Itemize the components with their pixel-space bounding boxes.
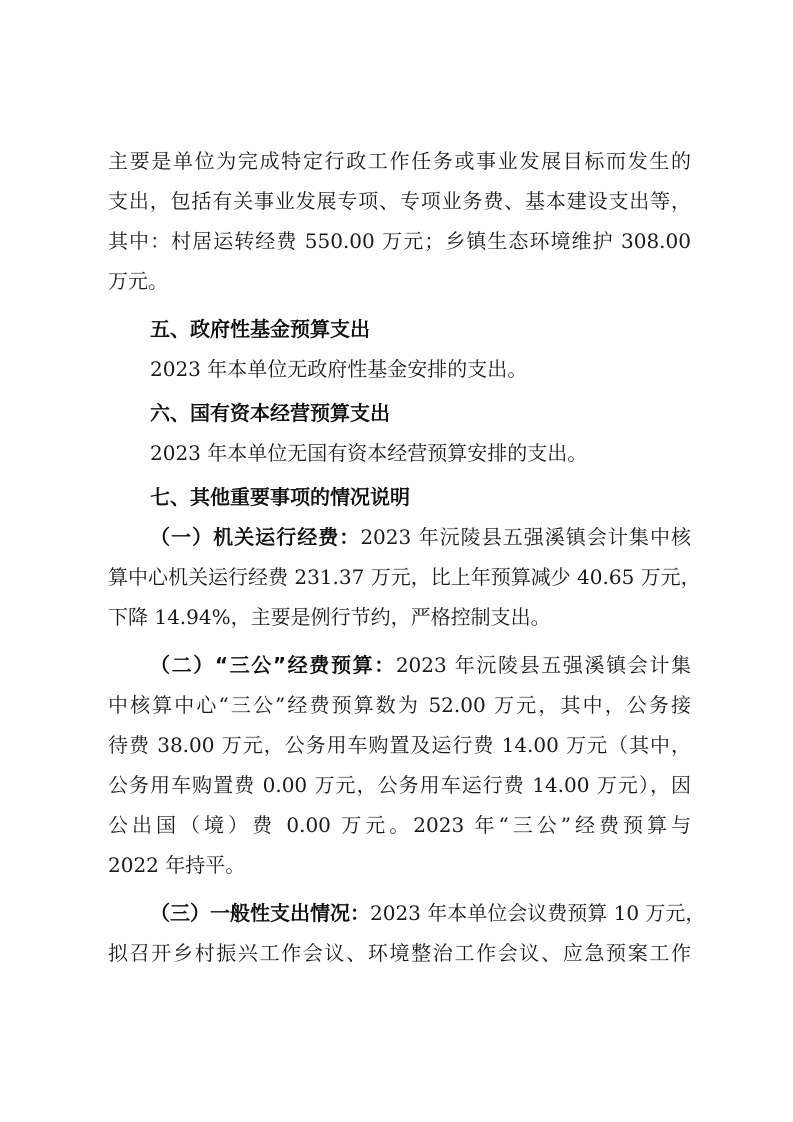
section-heading-other-matters: 七、其他重要事项的情况说明 xyxy=(150,482,691,512)
document-page: 主要是单位为完成特定行政工作任务或事业发展目标而发生的 支出，包括有关事业发展专… xyxy=(0,0,793,1122)
paragraph-line: 支出，包括有关事业发展专项、专项业务费、基本建设支出等， xyxy=(108,186,691,216)
item-text: 2023 年本单位会议费预算 10 万元， xyxy=(370,901,705,925)
item-text: 2023 年沅陵县五强溪镇会计集中核 xyxy=(360,525,691,549)
paragraph-line: 主要是单位为完成特定行政工作任务或事业发展目标而发生的 xyxy=(108,146,691,176)
paragraph-line: 万元。 xyxy=(108,266,691,296)
item-lead-general-expense: （三）一般性支出情况： xyxy=(150,901,370,925)
paragraph-line: 下降 14.94%，主要是例行节约，严格控制支出。 xyxy=(108,602,691,632)
section-body-state-capital: 2023 年本单位无国有资本经营预算安排的支出。 xyxy=(150,438,691,468)
paragraph-line: 其中：村居运转经费 550.00 万元；乡镇生态环境维护 308.00 xyxy=(108,226,691,256)
item-text: 2023 年沅陵县五强溪镇会计集 xyxy=(396,653,691,677)
item-general-expense-first-line: （三）一般性支出情况：2023 年本单位会议费预算 10 万元， xyxy=(150,898,691,928)
paragraph-line: 公务用车购置费 0.00 万元，公务用车运行费 14.00 万元），因 xyxy=(108,770,691,800)
item-lead-office-operation: （一）机关运行经费： xyxy=(150,525,360,549)
item-three-public-first-line: （二）“三公”经费预算：2023 年沅陵县五强溪镇会计集 xyxy=(150,650,691,680)
item-office-operation-first-line: （一）机关运行经费：2023 年沅陵县五强溪镇会计集中核 xyxy=(150,522,691,552)
item-lead-three-public: （二）“三公”经费预算： xyxy=(150,653,396,677)
section-heading-government-fund: 五、政府性基金预算支出 xyxy=(150,314,691,344)
paragraph-line: 算中心机关运行经费 231.37 万元，比上年预算减少 40.65 万元， xyxy=(108,562,691,592)
paragraph-line: 2022 年持平。 xyxy=(108,850,691,880)
paragraph-line: 公出国（境）费 0.00 万元。2023 年“三公”经费预算与 xyxy=(108,810,691,840)
paragraph-line: 待费 38.00 万元，公务用车购置及运行费 14.00 万元（其中， xyxy=(108,730,691,760)
paragraph-line: 拟召开乡村振兴工作会议、环境整治工作会议、应急预案工作 xyxy=(108,938,691,968)
section-heading-state-capital: 六、国有资本经营预算支出 xyxy=(150,398,691,428)
section-body-government-fund: 2023 年本单位无政府性基金安排的支出。 xyxy=(150,354,691,384)
paragraph-line: 中核算中心“三公”经费预算数为 52.00 万元，其中，公务接 xyxy=(108,690,691,720)
